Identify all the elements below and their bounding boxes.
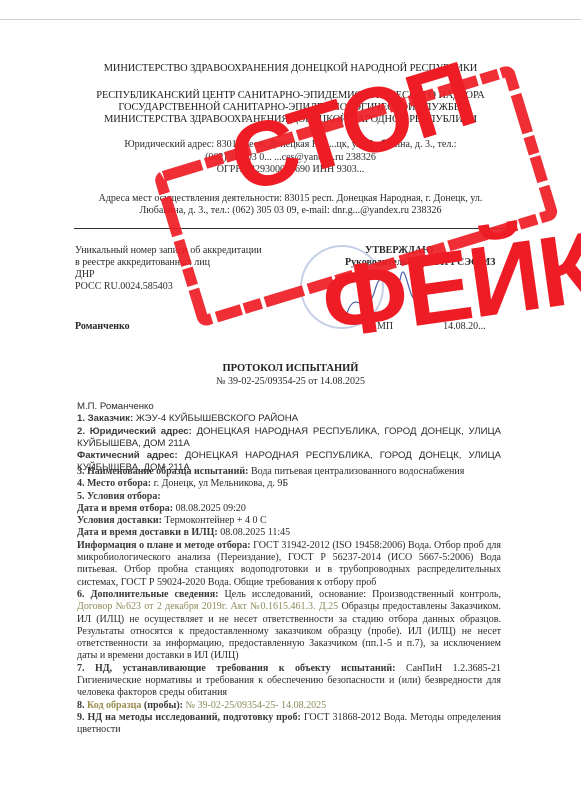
- plan-row: Информация о плане и методе отбора: ГОСТ…: [77, 540, 501, 589]
- extra-row: 6. Дополнительные сведения: Цель исследо…: [77, 589, 501, 663]
- sampling-datetime-value: 08.08.2025 09:20: [176, 503, 246, 514]
- delivery-datetime-label: Дата и время доставки в ИЛЦ:: [77, 527, 218, 538]
- accreditation-line2: в реестре аккредитованных лиц: [75, 257, 262, 269]
- code-label-suffix: (пробы):: [144, 700, 183, 711]
- center-name-line1: РЕСПУБЛИКАНСКИЙ ЦЕНТР САНИТАРНО-ЭПИДЕМИО…: [0, 90, 581, 102]
- legal-address-line2: (062) 305 03 0... ...ces@yandex.ru 23832…: [0, 152, 581, 165]
- activity-address-line2: Любавина, д. 3., тел.: (062) 305 03 09, …: [0, 205, 581, 218]
- header-divider: [74, 228, 511, 229]
- actual-address-label: Фактичесний адрес:: [77, 450, 178, 461]
- signer-name: Романченко: [75, 321, 262, 333]
- conditions-label: 5. Условия отбора:: [77, 491, 161, 502]
- code-label: Код образца: [87, 700, 141, 711]
- place-value: г. Донецк, ул Мельникова, д. 9Б: [154, 478, 289, 489]
- sample-row: 3. Наименование образца испытаний: Вода …: [77, 466, 501, 478]
- methods-row: 9. НД на методы исследований, подготовку…: [77, 712, 501, 737]
- plan-label: Информация о плане и методе отбора:: [77, 540, 251, 551]
- code-number: 8.: [77, 700, 85, 711]
- ministry-title: МИНИСТЕРСТВО ЗДРАВООХРАНЕНИЯ ДОНЕЦКОЙ НА…: [0, 63, 581, 75]
- legal-address-line3: ОГРН 1229300080690 ИНН 9303...: [0, 164, 581, 177]
- approval-position: Руководитель РЦ СЭН ГСЭС МЗ: [345, 257, 495, 269]
- sampling-datetime-row: Дата и время отбора: 08.08.2025 09:20: [77, 503, 501, 515]
- center-name-line2: ГОСУДАРСТВЕННОЙ САНИТАРНО-ЭПИДЕМИОЛОГИЧЕ…: [0, 102, 581, 114]
- customer-label: 1. Заказчик:: [77, 413, 133, 424]
- mp-signer: М.П. Романченко: [77, 401, 501, 413]
- nd-row: 7. НД, устанавливающие требования к объе…: [77, 663, 501, 700]
- delivery-datetime-value: 08.08.2025 11:45: [220, 527, 290, 538]
- approval-mp: МП: [377, 321, 393, 333]
- delivery-datetime-row: Дата и время доставки в ИЛЦ: 08.08.2025 …: [77, 527, 501, 539]
- approval-date: 14.08.20...: [443, 321, 486, 333]
- delivery-value: Термоконтейнер + 4 0 С: [164, 515, 266, 526]
- code-value: № 39-02-25/09354-25- 14.08.2025: [186, 700, 327, 711]
- protocol-title: ПРОТОКОЛ ИСПЫТАНИЙ: [0, 363, 581, 374]
- accreditation-line3: ДНР: [75, 269, 262, 281]
- accreditation-block: Уникальный номер записи об аккредитации …: [75, 245, 262, 333]
- legal-address-label: 2. Юридический адрес:: [77, 426, 192, 437]
- legal-address-line1: Юридический адрес: 83015 респ. Донецкая …: [0, 139, 581, 152]
- place-label: 4. Место отбора:: [77, 478, 151, 489]
- approval-block: УТВЕРЖДАЮ Руководитель РЦ СЭН ГСЭС МЗ МП…: [325, 245, 495, 333]
- code-row: 8. Код образца (пробы): № 39-02-25/09354…: [77, 700, 501, 712]
- extra-purpose: Цель исследований, основание: Производст…: [225, 589, 501, 600]
- sampling-datetime-label: Дата и время отбора:: [77, 503, 173, 514]
- customer-row: 1. Заказчик: ЖЭУ-4 КУЙБЫШЕВСКОГО РАЙОНА: [77, 413, 501, 425]
- protocol-body: М.П. Романченко 1. Заказчик: ЖЭУ-4 КУЙБЫ…: [77, 401, 501, 475]
- nd-label: 7. НД, устанавливающие требования к объе…: [77, 663, 395, 674]
- methods-label: 9. НД на методы исследований, подготовку…: [77, 712, 301, 723]
- extra-label: 6. Дополнительные сведения:: [77, 589, 218, 600]
- approval-title: УТВЕРЖДАЮ: [365, 245, 495, 257]
- delivery-row: Условия доставки: Термоконтейнер + 4 0 С: [77, 515, 501, 527]
- extra-contract: Договор №623 от 2 декабря 2019г. Акт №0.…: [77, 601, 338, 612]
- protocol-details: 3. Наименование образца испытаний: Вода …: [77, 466, 501, 737]
- center-name-line3: МИНИСТЕРСТВА ЗДРАВООХРАНЕНИЯ ДОНЕЦКОЙ НА…: [0, 114, 581, 126]
- protocol-number: № 39-02-25/09354-25 от 14.08.2025: [0, 376, 581, 389]
- customer-value: ЖЭУ-4 КУЙБЫШЕВСКОГО РАЙОНА: [136, 413, 298, 424]
- activity-address-line1: Адреса мест осуществления деятельности: …: [0, 193, 581, 206]
- accreditation-number: РОСС RU.0024.585403: [75, 281, 262, 293]
- accreditation-line1: Уникальный номер записи об аккредитации: [75, 245, 262, 257]
- page-top-edge: [0, 19, 581, 20]
- legal-address-row: 2. Юридический адрес: ДОНЕЦКАЯ НАРОДНАЯ …: [77, 426, 501, 451]
- delivery-label: Условия доставки:: [77, 515, 162, 526]
- conditions-row: 5. Условия отбора:: [77, 491, 501, 503]
- sample-value: Вода питьевая централизованного водоснаб…: [251, 466, 464, 477]
- place-row: 4. Место отбора: г. Донецк, ул Мельников…: [77, 478, 501, 490]
- sample-label: 3. Наименование образца испытаний:: [77, 466, 248, 477]
